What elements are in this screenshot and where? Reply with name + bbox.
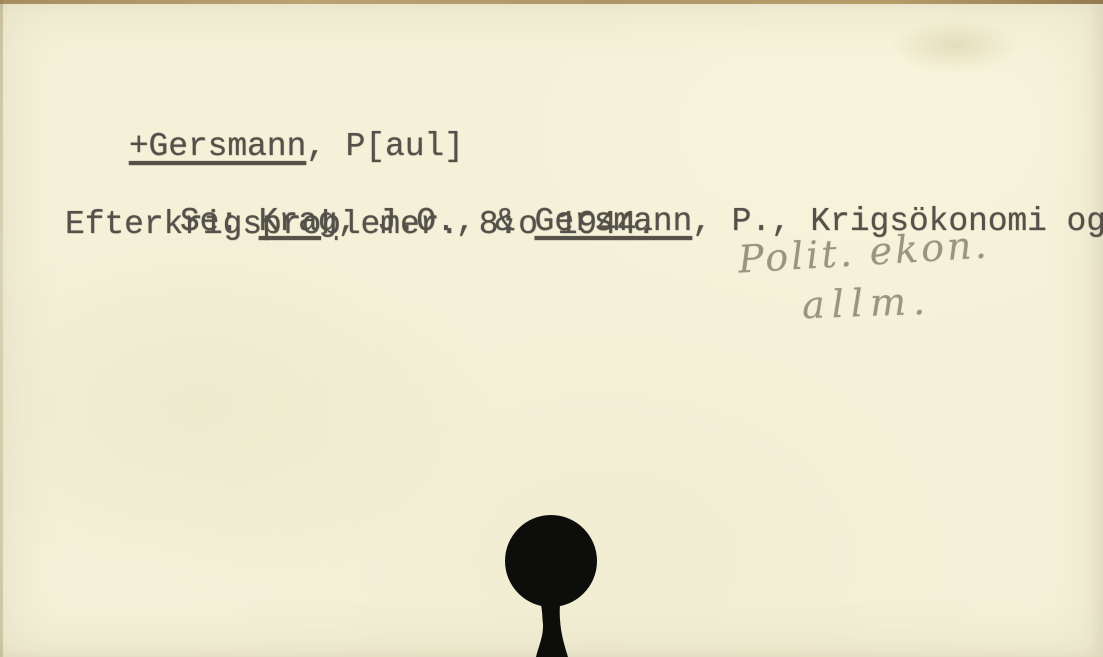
punch-hole-icon — [498, 512, 606, 657]
heading-name: +Gersmann — [129, 128, 306, 165]
catalog-card-scan: +Gersmann, P[aul] Se: Krag, J.O., & Gers… — [0, 0, 1103, 657]
handwritten-subject-line-2: allm. — [801, 279, 933, 328]
reference-line-2: Efterkrigsproblemer. 8:o 1944. — [65, 206, 656, 243]
scan-top-edge — [0, 0, 1103, 4]
heading-forename: , P[aul] — [306, 128, 464, 165]
scan-left-edge — [0, 0, 3, 657]
paper-smudge — [890, 18, 1020, 73]
